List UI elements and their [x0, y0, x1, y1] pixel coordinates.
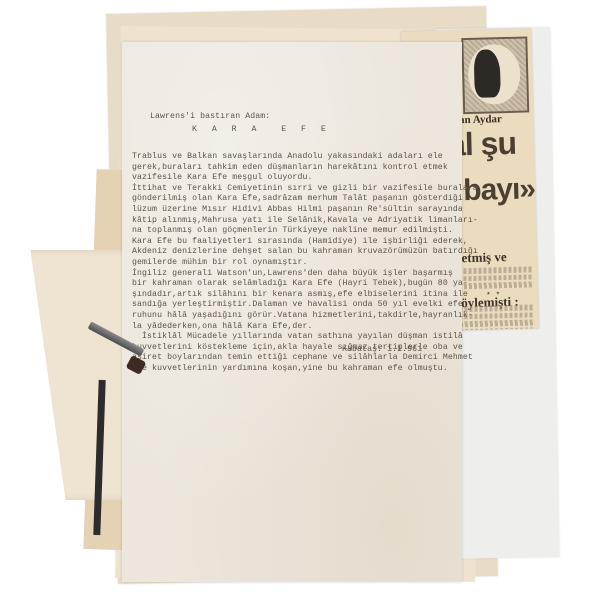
document-body-line: kâtip alınmış,Mahrusa yatı ile Selânik,K… — [132, 216, 478, 227]
document-body: Trablus ve Balkan savaşlarında Anadolu y… — [132, 152, 478, 374]
document-body-line: ruhunu hâlâ yaşadığını görür.Vatana hizm… — [132, 311, 478, 322]
document-body-line: aşiret boylarından temin ettiği cephane … — [132, 353, 478, 364]
clipping-separator: * * — [486, 291, 501, 300]
document-signature: Kabataş: 1.1.961 — [342, 345, 422, 356]
document-subtitle: K A R A E F E — [192, 125, 331, 136]
document-body-line: Trablus ve Balkan savaşlarında Anadolu y… — [132, 152, 478, 163]
document-body-line: kuvvetlerini köstekleme için,akla hayale… — [132, 343, 478, 354]
document-body-line: gönderilmiş olan Kara Efe,sadrâzam merhu… — [132, 194, 478, 205]
document-body-line: sandığa yerleştirmiştir.Dalaman ve haval… — [132, 300, 478, 311]
document-body-line: İngiliz generali Watson'un,Lawrens'den d… — [132, 269, 478, 280]
document-body-line: şındadır,artık silâhını bir kenara asmış… — [132, 290, 478, 301]
document-body-line: la yâdederken,ona hâlâ Kara Efe,der. — [132, 322, 478, 333]
document-body-line: Kara Efe bu faaliyetleri sırasında (Hami… — [132, 237, 478, 248]
document-body-line: Akdeniz denizlerine dehşet salan bu kahr… — [132, 247, 478, 258]
document-title: Lawrens'i bastıran Adam: — [150, 112, 270, 123]
document-body-line: lüzum üzerine Mısır Hidivi Abbas Hilmi p… — [132, 205, 478, 216]
document-body-line: gerek,buraları tahkim eden düşmanların h… — [132, 163, 478, 174]
document-body-line: gemilerde mühim bir rol oynamıştır. — [132, 258, 478, 269]
clipping-photo-icon — [461, 36, 529, 114]
document-body-line: İstiklâl Mücadele yıllarında vatan sathı… — [132, 332, 478, 343]
typewritten-page: Lawrens'i bastıran Adam: K A R A E F E T… — [122, 42, 462, 582]
document-body-line: bir kahraman olarak selâmladığı Kara Efe… — [132, 279, 478, 290]
document-body-line: na toplanmış olan göçmenlerin Türkiyeye … — [132, 226, 478, 237]
document-body-line: İttihat ve Terakki Cemiyetinin sırri ve … — [132, 184, 478, 195]
document-body-line: Efe kuvvetlerinin yardımına koşan,yine b… — [132, 364, 478, 375]
document-body-line: vazifesile Kara Efe meşgul oluyordu. — [132, 173, 478, 184]
